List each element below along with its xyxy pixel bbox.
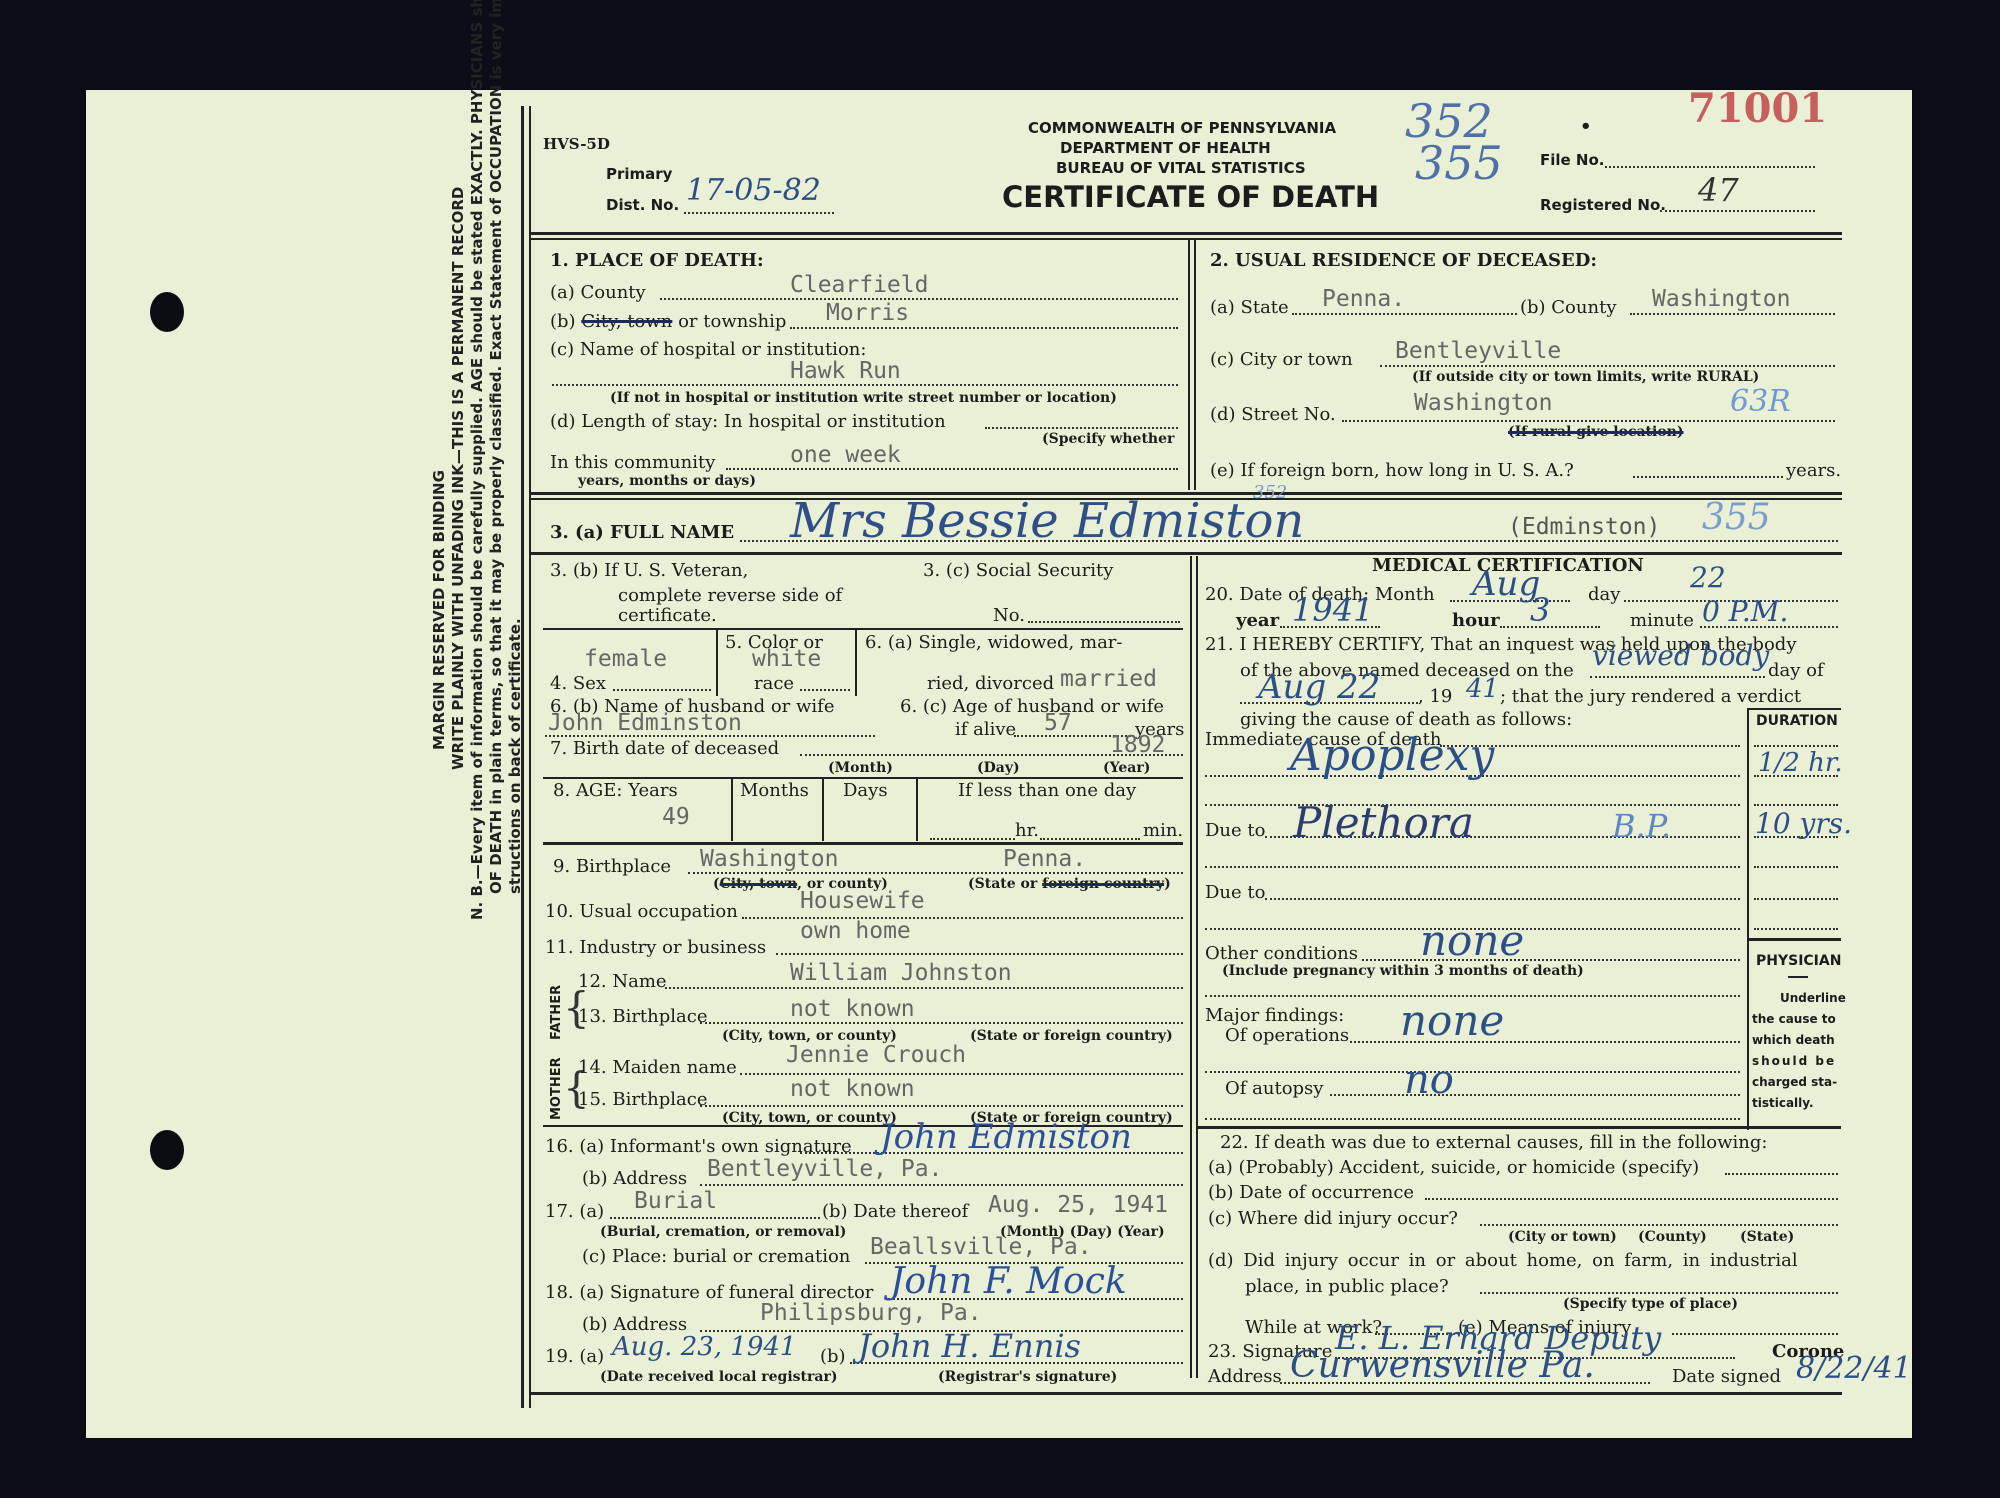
color-label-2: race [754,673,794,695]
sex-divider [716,630,718,696]
mother-birth-label: 15. Birthplace [578,1089,708,1111]
margin-line-3: N. B.—Every item of information should b… [468,0,487,920]
birth-day-note: (Day) [977,760,1020,776]
months-label: Months [740,780,809,802]
form-code: HVS-5D [543,133,610,155]
rule-age-bottom [543,842,1183,845]
birth-month-note: (Month) [828,760,893,776]
registrar-date-value: Aug. 23, 1941 [612,1332,796,1362]
foreign-line [1633,476,1783,478]
mother-birth-line [700,1105,1183,1107]
header-rule-1 [531,232,1842,235]
physician-top-rule [1749,938,1841,941]
informant-sig-label: 16. (a) Informant's own signature [545,1136,852,1158]
immediate-duration: 1/2 hr. [1758,748,1843,778]
other-value: none [1420,918,1524,964]
mother-name-line [740,1073,1183,1075]
stay-line [985,427,1178,429]
other-label: Other conditions [1205,943,1358,965]
hospital-value: Hawk Run [790,360,901,382]
hr-label: hr. [1015,820,1039,842]
operations-value: none [1400,998,1504,1044]
date-signed-value: 8/22/41 [1796,1352,1912,1386]
full-name-small-annotation: 352 [1253,482,1287,504]
age-div-1 [731,779,733,841]
death-county-value: Clearfield [790,274,928,296]
informant-addr-line [700,1184,1183,1186]
street-note: (If rural give location) [1508,424,1683,440]
header-rule-2 [531,238,1842,240]
burial-date-value: Aug. 25, 1941 [988,1194,1168,1216]
certify-year-prefix: , 19 [1418,686,1452,708]
file-no-stamp: 71001 [1688,98,1827,120]
autopsy-line [1330,1094,1740,1096]
external-d-2: place, in public place? [1245,1276,1449,1298]
duration-line-7 [1754,928,1838,930]
due-1-extra: B.P. [1612,808,1671,844]
street-label: (d) Street No. [1210,404,1336,426]
days-label: Days [843,780,888,802]
margin-line-4: OF DEATH in plain terms, so that it may … [487,0,506,920]
industry-value: own home [800,920,911,942]
min-label: min. [1143,820,1183,842]
primary-label: Primary [606,163,672,185]
physician-note-1: Underline [1780,990,1846,1006]
certify-year-value: 41 [1466,674,1499,704]
birthplace-city-value: Washington [700,848,838,870]
informant-addr-label: (b) Address [582,1168,687,1190]
external-a-line [1725,1173,1838,1175]
margin-line-2: WRITE PLAINLY WITH UNFADING INK—THIS IS … [449,0,468,920]
marital-label-2: ried, divorced [927,673,1054,695]
hr-line [930,838,1015,840]
rule-age-top [543,777,1183,779]
father-state-note: (State or foreign country) [970,1028,1173,1044]
residence-city-value: Bentleyville [1395,340,1561,362]
birthplace-note-1-struck: City, town [720,876,798,892]
burial-date-label: (b) Date thereof [822,1201,968,1223]
divider-main-1 [1190,556,1192,1378]
rule-bottom [531,1392,1842,1395]
physician-dash [1788,976,1808,978]
community-line [726,468,1178,470]
birthplace-label: 9. Birthplace [553,856,671,878]
spouse-line [545,735,875,737]
street-annotation: 63R [1730,385,1791,419]
disposal-value: Burial [634,1190,717,1212]
township-line [790,327,1178,329]
county-line [660,298,1178,300]
external-c-note-state: (State) [1740,1229,1794,1245]
disposal-line [610,1217,820,1219]
other-line [1362,959,1740,961]
full-name-label: 3. (a) FULL NAME [550,522,734,544]
industry-line [776,953,1183,955]
township-struck: City, town [581,311,672,332]
death-minute-value: 0 P.M. [1702,596,1788,628]
external-c-note-city: (City or town) [1508,1229,1617,1245]
marital-value: married [1060,668,1157,690]
immediate-value: Apoplexy [1290,732,1494,780]
full-name-typed: (Edminston) [1508,516,1660,538]
director-value: John F. Mock [890,1262,1127,1302]
color-divider [855,630,857,696]
state-label: (a) State [1210,297,1289,319]
county-label: (a) County [550,282,646,304]
township-prefix: (b) [550,311,581,332]
external-b: (b) Date of occurrence [1208,1182,1414,1204]
certify-year-suffix: ; that the jury rendered a verdict [1500,686,1801,708]
state-line [1292,313,1517,315]
color-value: white [752,648,821,670]
rule-name-bottom-1 [531,552,1842,555]
autopsy-value: no [1404,1058,1454,1102]
residence-state-value: Penna. [1322,288,1405,310]
age-label: 8. AGE: Years [553,780,678,802]
duration-column-rule [1747,708,1749,1130]
certify-day-suffix: day of [1768,660,1824,682]
margin-instructions: MARGIN RESERVED FOR BINDING WRITE PLAINL… [430,0,525,920]
due-1-label: Due to [1205,820,1265,842]
certify-date-value: Aug 22 [1258,668,1380,706]
file-no-label: File No. [1540,149,1604,171]
external-heading: 22. If death was due to external causes,… [1220,1132,1767,1154]
duration-line-6 [1754,898,1838,900]
birth-label: 7. Birth date of deceased [550,738,779,760]
binding-rule [521,106,524,1408]
place-of-death-heading: 1. PLACE OF DEATH: [550,250,764,272]
duration-label: DURATION [1756,710,1838,732]
father-birth-line [700,1022,1183,1024]
death-day-label: day [1588,584,1620,606]
color-line [800,689,850,691]
veteran-label-2: complete reverse side of [618,585,842,607]
community-note: years, months or days) [578,473,756,489]
death-year-label: year [1236,610,1279,632]
hospital-line [552,384,1178,386]
city-note: (If outside city or town limits, write R… [1412,369,1759,385]
father-name-label: 12. Name [578,971,667,993]
veteran-label-3: certificate. [618,605,717,627]
divider-main-2 [1196,556,1198,1378]
document-title: CERTIFICATE OF DEATH [1002,180,1379,214]
divider-top-1 [1188,240,1190,490]
residence-heading: 2. USUAL RESIDENCE OF DECEASED: [1210,250,1597,272]
due-2-top-line [1205,866,1740,868]
registrar-date-note: (Date received local registrar) [600,1369,837,1385]
due-2-line [1265,898,1740,900]
burial-place-label: (c) Place: burial or cremation [582,1246,850,1268]
sex-label: 4. Sex [550,673,606,695]
operations-label: Of operations [1225,1025,1349,1047]
other-note: (Include pregnancy within 3 months of de… [1222,963,1584,979]
age-div-2 [822,779,824,841]
registrar-b-label: (b) [820,1346,846,1368]
agency-line-3: BUREAU OF VITAL STATISTICS [1056,157,1306,179]
external-a: (a) (Probably) Accident, suicide, or hom… [1208,1157,1699,1179]
sex-value: female [584,648,667,670]
death-year-value: 1941 [1292,592,1373,628]
dist-no-value: 17-05-82 [686,180,821,202]
duration-line-5 [1754,866,1838,868]
spouse-age-label-1: 6. (c) Age of husband or wife [900,696,1164,718]
agency-line-2: DEPARTMENT OF HEALTH [1060,137,1271,159]
dist-no-line [684,212,834,214]
director-addr-value: Philipsburg, Pa. [760,1302,982,1324]
spouse-value: John Edminston [548,712,742,734]
mother-birth-value: not known [790,1078,915,1100]
header-dot: • [1580,116,1592,138]
res-county-line [1630,313,1835,315]
coroner-address-label: Address [1208,1366,1282,1388]
physician-heading: PHYSICIAN [1756,950,1841,972]
external-c-line [1480,1224,1838,1226]
punch-hole-bottom [150,1130,184,1170]
father-birth-value: not known [790,998,915,1020]
external-d-note: (Specify type of place) [1563,1296,1738,1312]
ss-no-label: No. [993,605,1025,627]
divider-top-2 [1194,240,1196,490]
ss-label: 3. (c) Social Security [923,560,1113,582]
birthplace-note-2-text: (State or [968,876,1042,892]
registrar-prefix: 19. (a) [545,1346,604,1368]
registered-no-line [1660,210,1815,212]
industry-label: 11. Industry or business [545,937,766,959]
disposal-note: (Burial, cremation, or removal) [600,1224,846,1240]
due-2-label: Due to [1205,882,1265,904]
father-name-line [665,987,1183,989]
death-township-value: Morris [826,302,909,324]
due-1-duration: 10 yrs. [1755,808,1852,840]
spouse-age-value: 57 [1044,712,1072,734]
certify-day-value: viewed body [1592,640,1769,672]
physician-note-6: tistically. [1752,1095,1814,1111]
stay-note: (Specify whether [1042,431,1174,447]
external-c-note-county: (County) [1638,1229,1707,1245]
father-name-value: William Johnston [790,962,1012,984]
coroner-address-value: Curwensville Pa. [1290,1346,1595,1386]
external-d-line [1480,1292,1838,1294]
residence-county-value: Washington [1652,288,1790,310]
stay-label: (d) Length of stay: In hospital or insti… [550,411,946,433]
major-label: Major findings: [1205,1005,1344,1027]
agency-line-1: COMMONWEALTH OF PENNSYLVANIA [1028,117,1336,139]
duration-line-1 [1754,745,1838,747]
mother-city-note: (City, town, or county) [722,1110,897,1126]
sex-line [613,689,711,691]
due-1-value: Plethora [1293,800,1474,846]
disposal-label: 17. (a) [545,1201,604,1223]
physician-note-3: which death [1752,1032,1835,1048]
age-div-3 [916,779,918,841]
foreign-label: (e) If foreign born, how long in U. S. A… [1210,460,1574,482]
mother-name-value: Jennie Crouch [786,1044,966,1066]
birthplace-note-2: (State or foreign country) [968,876,1171,892]
father-birth-label: 13. Birthplace [578,1006,708,1028]
duration-line-3 [1754,804,1838,806]
community-label: In this community [550,452,715,474]
min-line [1040,838,1140,840]
ss-no-line [1028,621,1180,623]
death-day-value: 22 [1690,562,1726,594]
dist-no-label: Dist. No. [606,194,679,216]
means-line [1672,1333,1838,1335]
physician-note-4: should be [1752,1053,1836,1069]
township-label: (b) City, town or township [550,311,786,333]
handwritten-355: 355 [1415,138,1503,188]
date-signed-label: Date signed [1672,1366,1781,1388]
birth-year-note: (Year) [1103,760,1150,776]
informant-sig-value: John Edmiston [880,1118,1132,1156]
physician-note-2: the cause to [1752,1011,1836,1027]
community-value: one week [790,444,901,466]
binding-rule-inner [529,106,531,1408]
external-c: (c) Where did injury occur? [1208,1208,1458,1230]
file-no-line [1605,166,1815,168]
full-name-value: Mrs Bessie Edmiston [790,495,1304,547]
occupation-label: 10. Usual occupation [545,901,738,923]
registered-no-label: Registered No. [1540,194,1666,216]
registrar-sig-value: John H. Ennis [858,1328,1081,1364]
autopsy-bottom-line [1205,1118,1740,1120]
rule-personal-1 [543,628,1183,630]
registered-no-value: 47 [1698,172,1739,208]
veteran-label-1: 3. (b) If U. S. Veteran, [550,560,748,582]
hospital-note: (If not in hospital or institution write… [610,390,1117,406]
rule-external-top [1198,1126,1841,1129]
certify-line-4: giving the cause of death as follows: [1240,709,1572,731]
city-line [1380,365,1835,367]
informant-addr-value: Bentleyville, Pa. [707,1158,942,1180]
birthplace-state-value: Penna. [1003,848,1086,870]
mother-name-label: 14. Maiden name [578,1057,737,1079]
less-day-label: If less than one day [958,780,1136,802]
registrar-sig-note: (Registrar's signature) [938,1369,1117,1385]
death-minute-label: minute [1630,610,1694,632]
occupation-value: Housewife [800,890,925,912]
certify-day-line [1590,676,1765,678]
township-text: or township [672,311,786,332]
street-line [1342,420,1835,422]
operations-bottom-line [1205,1071,1740,1073]
birthplace-line [688,872,1183,874]
death-hour-value: 3 [1530,592,1550,628]
foreign-suffix: years. [1786,460,1841,482]
res-county-label: (b) County [1520,297,1617,319]
external-b-line [1425,1198,1838,1200]
spouse-age-label-2: if alive [955,719,1016,741]
marital-label-1: 6. (a) Single, widowed, mar- [865,632,1122,654]
age-value: 49 [662,806,690,828]
external-d-1: (d) Did injury occur in or about home, o… [1208,1250,1798,1272]
birthplace-note-2-struck: foreign country [1042,876,1164,892]
death-hour-label: hour [1452,610,1500,632]
city-label: (c) City or town [1210,349,1353,371]
punch-hole-top [150,292,184,332]
margin-line-1: MARGIN RESERVED FOR BINDING [430,0,449,920]
burial-place-value: Beallsville, Pa. [870,1236,1092,1258]
autopsy-label: Of autopsy [1225,1078,1323,1100]
birth-year-value: 1892 [1110,734,1165,756]
residence-street-value: Washington [1414,392,1552,414]
full-name-annotation: 355 [1702,498,1771,538]
physician-note-5: charged sta- [1752,1074,1837,1090]
